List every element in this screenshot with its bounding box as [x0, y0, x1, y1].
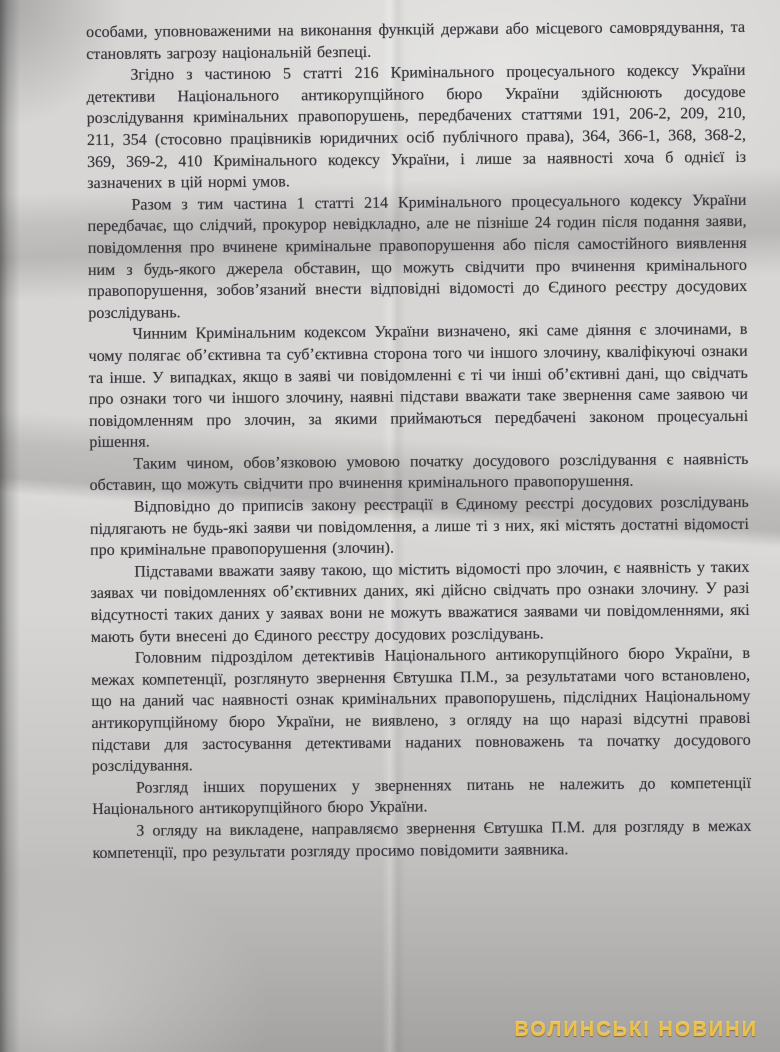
paragraph: Підставами вважати заяву такою, що місти…	[90, 557, 750, 649]
watermark-volynski-novyny: ВОЛИНСЬКІ НОВИНИ	[514, 1019, 758, 1042]
paragraph: З огляду на викладене, направляємо зверн…	[92, 816, 751, 864]
paragraph: Таким чином, обов’язковою умовою початку…	[89, 449, 748, 497]
paragraph: особами, уповноваженими на виконання фун…	[86, 17, 745, 65]
paragraph: Розгляд інших порушених у зверненнях пит…	[92, 773, 751, 821]
paragraph: Згідно з частиною 5 статті 216 Криміналь…	[86, 60, 746, 195]
paragraph: Разом з тим частина 1 статті 214 Криміна…	[87, 190, 747, 325]
document-photo: особами, уповноваженими на виконання фун…	[0, 0, 780, 1052]
paragraph: Головним підрозділом детективів Націонал…	[91, 643, 751, 778]
paragraph: Відповідно до приписів закону реєстрації…	[90, 492, 749, 562]
document-body: особами, уповноваженими на виконання фун…	[86, 17, 752, 864]
paragraph: Чинним Кримінальним кодексом України виз…	[88, 319, 748, 454]
